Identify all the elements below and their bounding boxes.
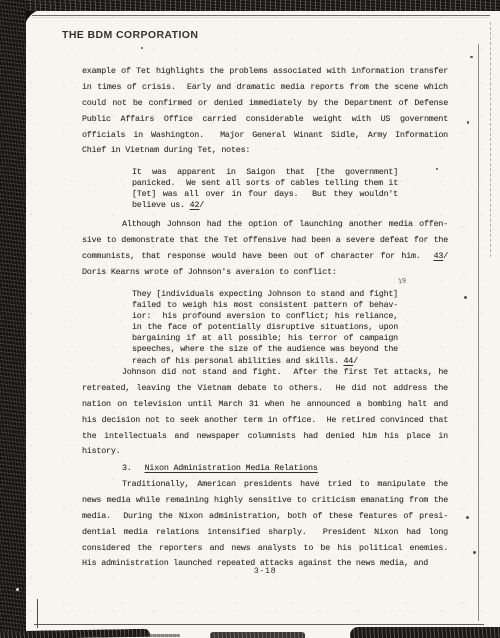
text-line: failed to weigh his most consistent patt… — [132, 300, 398, 311]
paragraph-johnson-option: Although Johnson had the option of launc… — [82, 217, 448, 281]
text-line: his decision not to seek another term in… — [82, 413, 448, 429]
text-line: nation on television until March 31 when… — [82, 397, 448, 413]
scan-speck — [467, 121, 469, 124]
text-line: Chief in Vietnam during Tet, notes: — [82, 143, 448, 159]
scan-tick-mark — [37, 599, 38, 628]
paragraph-johnson-retreat: Johnson did not stand and fight. After t… — [82, 365, 448, 460]
text-line: 3.Nixon Administration Media Relations — [82, 461, 448, 477]
text-line: bargaining if at all possible; his terro… — [132, 333, 398, 344]
document-body: example of Tet highlights the problems a… — [82, 0, 448, 638]
text-line: panicked. We sent all sorts of cables te… — [132, 178, 398, 189]
text-line: in times of crisis. Early and dramatic m… — [82, 80, 448, 96]
text-line: news media while remaining highly sensit… — [82, 493, 448, 509]
text-line: could not be confirmed or denied immedia… — [82, 96, 448, 112]
text-line: Doris Kearns wrote of Johnson's aversion… — [82, 265, 448, 281]
scan-speck — [464, 296, 467, 299]
blockquote-sidle: It was apparent in Saigon that [the gove… — [132, 167, 398, 211]
scan-speck — [473, 551, 476, 554]
text-line: officials in Washington. Major General W… — [82, 128, 448, 144]
text-line: It was apparent in Saigon that [the gove… — [132, 167, 398, 178]
text-line: history. — [82, 444, 448, 460]
text-line: communists, that response would have bee… — [82, 249, 448, 265]
scan-edge-left — [0, 0, 26, 638]
blockquote-kearns: They [individuals expecting Johnson to s… — [132, 289, 398, 367]
text-line: in the face of potentially disruptive si… — [132, 322, 398, 333]
text-line: ior: his profound aversion to conflict; … — [132, 311, 398, 322]
paragraph-info-transfer: example of Tet highlights the problems a… — [82, 64, 448, 159]
scan-speck — [470, 56, 473, 58]
page-number: 3-18 — [82, 566, 448, 576]
text-line: [Tet] was all over in four days. But the… — [132, 189, 398, 200]
scan-noise-right — [490, 22, 491, 257]
text-line: retreated, leaving the Vietnam debate to… — [82, 381, 448, 397]
text-line: dential media relations intensified shar… — [82, 525, 448, 541]
text-line: They [individuals expecting Johnson to s… — [132, 289, 398, 300]
text-line: believe us. 42/ — [132, 200, 398, 211]
text-line: sive to demonstrate that the Tet offensi… — [82, 233, 448, 249]
page-right-edge-line — [478, 44, 479, 621]
text-line: considered the reporters and news analys… — [82, 541, 448, 557]
underlined-text: Nixon Administration Media Relations — [145, 463, 318, 473]
text-line: speeches, where the size of the audience… — [132, 344, 398, 355]
paragraph-nixon-media: Traditionally, American presidents have … — [82, 477, 448, 572]
text-line: Johnson did not stand and fight. After t… — [82, 365, 448, 381]
scan-speck — [466, 516, 469, 519]
section-heading-nixon: 3.Nixon Administration Media Relations — [82, 461, 448, 477]
underlined-text: 43 — [434, 251, 444, 261]
scanned-document-page: 19 THE BDM CORPORATION example of Tet hi… — [0, 0, 500, 638]
text-line: Traditionally, American presidents have … — [82, 477, 448, 493]
text-line: Public Affairs Office carried considerab… — [82, 112, 448, 128]
text-line: media. During the Nixon administration, … — [82, 509, 448, 525]
text-line: example of Tet highlights the problems a… — [82, 64, 448, 80]
text-line: Although Johnson had the option of launc… — [82, 217, 448, 233]
underlined-text: 42 — [190, 200, 200, 210]
text-line: the intellectuals and newspaper columnis… — [82, 429, 448, 445]
scan-speck — [16, 588, 19, 591]
